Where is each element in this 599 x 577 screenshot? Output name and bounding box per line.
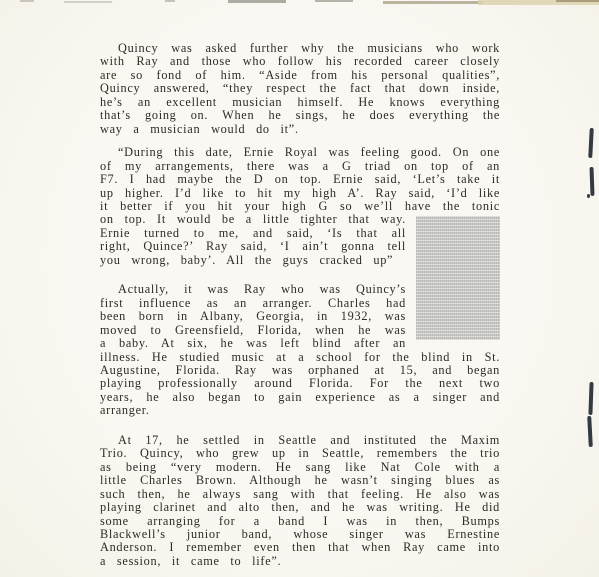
ink-mark (587, 194, 590, 198)
page-edge-artifact (20, 0, 34, 2)
paragraph-quincy-asked: Quincy was asked further why the musicia… (100, 42, 500, 136)
ink-mark (589, 167, 594, 196)
page-edge-artifact (556, 0, 599, 2)
photo-placeholder (416, 216, 500, 340)
ink-mark (587, 416, 593, 447)
ink-mark (588, 128, 594, 158)
page-edge-artifact (478, 0, 599, 5)
ink-mark (588, 382, 593, 415)
paragraph-seattle-maxim-trio: At 17, he settled in Seattle and institu… (100, 434, 500, 569)
scanned-page: Quincy was asked further why the musicia… (0, 0, 599, 577)
page-edge-artifact (165, 0, 175, 2)
page-edge-artifact (64, 1, 112, 3)
page-edge-artifact (383, 1, 483, 4)
liner-notes-text: Quincy was asked further why the musicia… (100, 42, 500, 568)
page-edge-artifact (228, 0, 286, 3)
paragraph-ernie-royal: “During this date, Ernie Royal was feeli… (100, 146, 500, 267)
paragraph-ernie-royal-end: top. It would be a little tighter that w… (100, 212, 406, 266)
page-edge-artifact (315, 0, 353, 2)
